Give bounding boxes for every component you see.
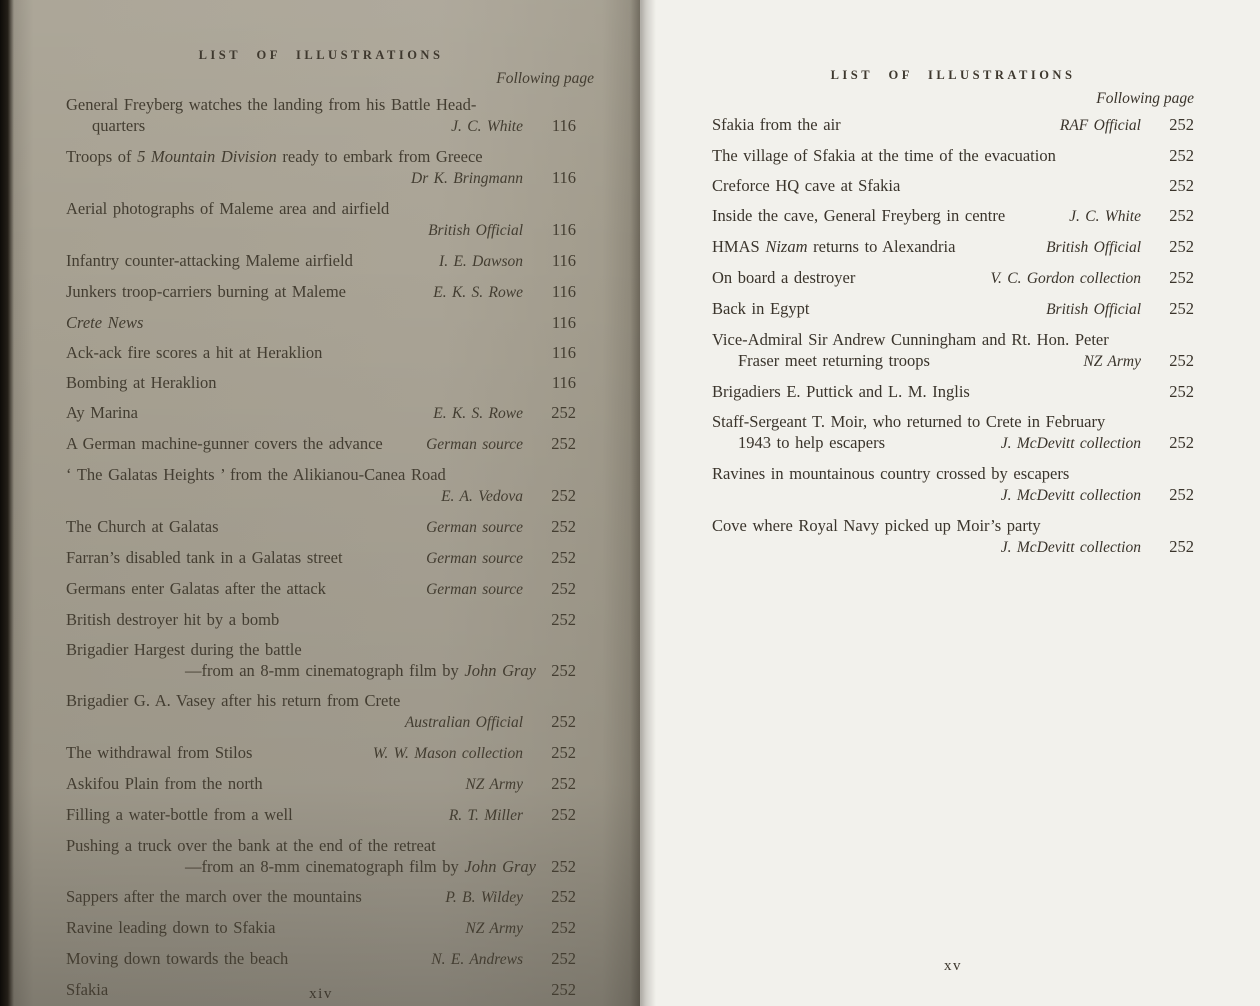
page-number-folio: xiv — [66, 986, 576, 1003]
entry-line: British Official116 — [66, 219, 576, 241]
caption-text: Ay Marina — [66, 402, 138, 423]
following-page-number: 252 — [536, 433, 576, 454]
following-page-number: 252 — [536, 402, 576, 423]
photo-credit: German source — [426, 579, 536, 600]
entry-line: Cove where Royal Navy picked up Moir’s p… — [712, 515, 1194, 536]
caption-text: Troops of 5 Mountain Division ready to e… — [66, 146, 483, 167]
caption-text: Cove where Royal Navy picked up Moir’s p… — [712, 515, 1041, 536]
illustration-entry: Germans enter Galatas after the attackGe… — [66, 578, 576, 600]
entry-line: Troops of 5 Mountain Division ready to e… — [66, 146, 576, 167]
entry-line: Filling a water-bottle from a wellR. T. … — [66, 804, 576, 826]
entry-line: Creforce HQ cave at Sfakia252 — [712, 175, 1194, 196]
caption-text: —from an 8-mm cinematograph film by John… — [185, 856, 536, 877]
caption-text: Fraser meet returning troops — [712, 350, 930, 371]
entry-line: 1943 to help escapersJ. McDevitt collect… — [712, 432, 1194, 454]
following-page-number: 252 — [1154, 114, 1194, 135]
illustration-entry: Inside the cave, General Freyberg in cen… — [712, 205, 1194, 227]
caption-italic-segment: John Gray — [464, 857, 536, 876]
caption-segment: Creforce HQ cave at Sfakia — [712, 176, 900, 195]
photo-credit: P. B. Wildey — [445, 887, 536, 908]
entry-line: J. McDevitt collection252 — [712, 484, 1194, 506]
following-page-number: 252 — [536, 856, 576, 877]
caption-text: —from an 8-mm cinematograph film by John… — [185, 660, 536, 681]
caption-text: On board a destroyer — [712, 267, 855, 288]
illustration-entry: The village of Sfakia at the time of the… — [712, 145, 1194, 166]
photo-credit: W. W. Mason collection — [373, 743, 536, 764]
caption-text: Brigadier Hargest during the battle — [66, 639, 302, 660]
following-page-number: 252 — [536, 886, 576, 907]
caption-text: Ack-ack fire scores a hit at Heraklion — [66, 342, 322, 363]
illustration-entry: Junkers troop-carriers burning at Maleme… — [66, 281, 576, 303]
illustration-entry: A German machine-gunner covers the advan… — [66, 433, 576, 455]
entry-line: —from an 8-mm cinematograph film by John… — [66, 660, 576, 681]
entry-line: Ravines in mountainous country crossed b… — [712, 463, 1194, 484]
illustration-entry: Ack-ack fire scores a hit at Heraklion11… — [66, 342, 576, 363]
entry-line: Junkers troop-carriers burning at Maleme… — [66, 281, 576, 303]
caption-segment: British destroyer hit by a bomb — [66, 610, 279, 629]
caption-segment: Brigadier G. A. Vasey after his return f… — [66, 691, 400, 710]
caption-segment: Troops of — [66, 147, 137, 166]
page-title: LIST OF ILLUSTRATIONS — [712, 68, 1194, 83]
caption-segment: ‘ The Galatas Heights ’ from the Alikian… — [66, 465, 446, 484]
caption-text: Brigadier G. A. Vasey after his return f… — [66, 690, 400, 711]
entry-line: Askifou Plain from the northNZ Army252 — [66, 773, 576, 795]
entry-line: Fraser meet returning troopsNZ Army252 — [712, 350, 1194, 372]
caption-text: Ravines in mountainous country crossed b… — [712, 463, 1069, 484]
caption-segment: The Church at Galatas — [66, 517, 218, 536]
following-page-number: 116 — [536, 312, 576, 333]
entry-line: Sfakia from the airRAF Official252 — [712, 114, 1194, 136]
following-page-number: 252 — [1154, 432, 1194, 453]
caption-text: Pushing a truck over the bank at the end… — [66, 835, 436, 856]
illustration-entry: Brigadier Hargest during the battle—from… — [66, 639, 576, 681]
photo-credit: R. T. Miller — [449, 805, 536, 826]
book-gutter-shadow — [630, 0, 656, 1006]
illustration-entry: British destroyer hit by a bomb252 — [66, 609, 576, 630]
caption-text: Farran’s disabled tank in a Galatas stre… — [66, 547, 343, 568]
following-page-number: 116 — [536, 167, 576, 188]
entry-line: Vice-Admiral Sir Andrew Cunningham and R… — [712, 329, 1194, 350]
entry-line: Crete News116 — [66, 312, 576, 333]
entry-line: ‘ The Galatas Heights ’ from the Alikian… — [66, 464, 576, 485]
caption-italic-segment: Nizam — [765, 237, 807, 256]
illustrations-list-left: General Freyberg watches the landing fro… — [66, 94, 576, 1000]
caption-text: Brigadiers E. Puttick and L. M. Inglis — [712, 381, 970, 402]
entry-line: Moving down towards the beachN. E. Andre… — [66, 948, 576, 970]
following-page-number: 116 — [536, 372, 576, 393]
caption-text: ‘ The Galatas Heights ’ from the Alikian… — [66, 464, 446, 485]
photo-credit: V. C. Gordon collection — [991, 268, 1154, 289]
caption-italic-segment: 5 Mountain Division — [137, 147, 277, 166]
following-page-label: Following page — [66, 70, 594, 88]
entry-line: Pushing a truck over the bank at the end… — [66, 835, 576, 856]
entry-line: Back in EgyptBritish Official252 — [712, 298, 1194, 320]
entry-line: The Church at GalatasGerman source252 — [66, 516, 576, 538]
page-number-folio: xv — [712, 958, 1194, 975]
following-page-number: 252 — [1154, 536, 1194, 557]
following-page-number: 252 — [536, 742, 576, 763]
caption-text: British destroyer hit by a bomb — [66, 609, 279, 630]
illustration-entry: Moving down towards the beachN. E. Andre… — [66, 948, 576, 970]
photo-credit: J. McDevitt collection — [1001, 433, 1154, 454]
book-photo: LIST OF ILLUSTRATIONS Following page Gen… — [0, 0, 1260, 1006]
photo-credit: NZ Army — [465, 774, 536, 795]
illustration-entry: Ravines in mountainous country crossed b… — [712, 463, 1194, 506]
illustration-entry: Infantry counter-attacking Maleme airfie… — [66, 250, 576, 272]
book-right-page: LIST OF ILLUSTRATIONS Following page Sfa… — [640, 0, 1260, 1006]
caption-text: Junkers troop-carriers burning at Maleme — [66, 281, 346, 302]
entry-line: Sappers after the march over the mountai… — [66, 886, 576, 908]
photo-credit: NZ Army — [465, 918, 536, 939]
entry-line: Ay MarinaE. K. S. Rowe252 — [66, 402, 576, 424]
caption-text: Vice-Admiral Sir Andrew Cunningham and R… — [712, 329, 1109, 350]
book-cover-edge — [0, 0, 14, 1006]
entry-line: Infantry counter-attacking Maleme airfie… — [66, 250, 576, 272]
entry-line: quartersJ. C. White116 — [66, 115, 576, 137]
entry-line: Brigadier G. A. Vasey after his return f… — [66, 690, 576, 711]
illustration-entry: Sfakia from the airRAF Official252 — [712, 114, 1194, 136]
caption-segment: Aerial photographs of Maleme area and ai… — [66, 199, 389, 218]
caption-text: The withdrawal from Stilos — [66, 742, 252, 763]
illustration-entry: Pushing a truck over the bank at the end… — [66, 835, 576, 877]
illustration-entry: Bombing at Heraklion116 — [66, 372, 576, 393]
caption-segment: Infantry counter-attacking Maleme airfie… — [66, 251, 353, 270]
entry-line: —from an 8-mm cinematograph film by John… — [66, 856, 576, 877]
caption-italic-segment: John Gray — [464, 661, 536, 680]
caption-segment: Cove where Royal Navy picked up Moir’s p… — [712, 516, 1041, 535]
illustration-entry: HMAS Nizam returns to AlexandriaBritish … — [712, 236, 1194, 258]
illustration-entry: Filling a water-bottle from a wellR. T. … — [66, 804, 576, 826]
caption-text: Askifou Plain from the north — [66, 773, 263, 794]
caption-segment: ready to embark from Greece — [277, 147, 483, 166]
illustration-entry: Back in EgyptBritish Official252 — [712, 298, 1194, 320]
caption-text: A German machine-gunner covers the advan… — [66, 433, 383, 454]
entry-line: HMAS Nizam returns to AlexandriaBritish … — [712, 236, 1194, 258]
entry-line: Aerial photographs of Maleme area and ai… — [66, 198, 576, 219]
following-page-number: 252 — [536, 948, 576, 969]
book-left-page: LIST OF ILLUSTRATIONS Following page Gen… — [8, 0, 640, 1006]
caption-text: Crete News — [66, 312, 143, 333]
following-page-number: 252 — [536, 516, 576, 537]
caption-text: Bombing at Heraklion — [66, 372, 217, 393]
following-page-number: 252 — [536, 917, 576, 938]
following-page-number: 252 — [1154, 298, 1194, 319]
entry-line: Ack-ack fire scores a hit at Heraklion11… — [66, 342, 576, 363]
photo-credit: British Official — [1046, 299, 1154, 320]
following-page-number: 252 — [536, 804, 576, 825]
caption-text: quarters — [66, 115, 145, 136]
photo-credit: British Official — [1046, 237, 1154, 258]
caption-segment: Pushing a truck over the bank at the end… — [66, 836, 436, 855]
entry-line: A German machine-gunner covers the advan… — [66, 433, 576, 455]
caption-text: HMAS Nizam returns to Alexandria — [712, 236, 955, 257]
caption-text: Back in Egypt — [712, 298, 809, 319]
caption-segment: Brigadiers E. Puttick and L. M. Inglis — [712, 382, 970, 401]
caption-text: Aerial photographs of Maleme area and ai… — [66, 198, 389, 219]
caption-segment: quarters — [92, 116, 145, 135]
page-title: LIST OF ILLUSTRATIONS — [66, 48, 576, 63]
illustration-entry: Ay MarinaE. K. S. Rowe252 — [66, 402, 576, 424]
photo-credit: Australian Official — [405, 712, 536, 733]
caption-text: Staff-Sergeant T. Moir, who returned to … — [712, 411, 1105, 432]
right-page-column: LIST OF ILLUSTRATIONS Following page Sfa… — [712, 0, 1194, 567]
caption-segment: Ravine leading down to Sfakia — [66, 918, 275, 937]
caption-segment: Inside the cave, General Freyberg in cen… — [712, 206, 1005, 225]
illustration-entry: Farran’s disabled tank in a Galatas stre… — [66, 547, 576, 569]
caption-text: Sfakia from the air — [712, 114, 841, 135]
caption-segment: —from an 8-mm cinematograph film by — [185, 661, 464, 680]
entry-line: Ravine leading down to SfakiaNZ Army252 — [66, 917, 576, 939]
caption-segment: On board a destroyer — [712, 268, 855, 287]
illustration-entry: On board a destroyerV. C. Gordon collect… — [712, 267, 1194, 289]
following-page-number: 252 — [1154, 236, 1194, 257]
caption-text: Infantry counter-attacking Maleme airfie… — [66, 250, 353, 271]
entry-line: Germans enter Galatas after the attackGe… — [66, 578, 576, 600]
photo-credit: German source — [426, 434, 536, 455]
following-page-number: 116 — [536, 115, 576, 136]
caption-text: Ravine leading down to Sfakia — [66, 917, 275, 938]
caption-segment: Bombing at Heraklion — [66, 373, 217, 392]
caption-segment: Farran’s disabled tank in a Galatas stre… — [66, 548, 343, 567]
photo-credit: NZ Army — [1083, 351, 1154, 372]
photo-credit: I. E. Dawson — [439, 251, 536, 272]
caption-segment: A German machine-gunner covers the advan… — [66, 434, 383, 453]
following-page-number: 252 — [1154, 350, 1194, 371]
entry-line: Brigadier Hargest during the battle — [66, 639, 576, 660]
entry-line: Farran’s disabled tank in a Galatas stre… — [66, 547, 576, 569]
caption-segment: Staff-Sergeant T. Moir, who returned to … — [712, 412, 1105, 431]
caption-segment: The withdrawal from Stilos — [66, 743, 252, 762]
following-page-number: 252 — [536, 485, 576, 506]
caption-segment: Junkers troop-carriers burning at Maleme — [66, 282, 346, 301]
illustration-entry: Staff-Sergeant T. Moir, who returned to … — [712, 411, 1194, 454]
illustration-entry: ‘ The Galatas Heights ’ from the Alikian… — [66, 464, 576, 507]
illustration-entry: The Church at GalatasGerman source252 — [66, 516, 576, 538]
illustration-entry: Aerial photographs of Maleme area and ai… — [66, 198, 576, 241]
caption-segment: Ravines in mountainous country crossed b… — [712, 464, 1069, 483]
following-page-number: 116 — [536, 281, 576, 302]
illustration-entry: Creforce HQ cave at Sfakia252 — [712, 175, 1194, 196]
caption-segment: General Freyberg watches the landing fro… — [66, 95, 476, 114]
caption-segment: —from an 8-mm cinematograph film by — [185, 857, 464, 876]
caption-segment: Back in Egypt — [712, 299, 809, 318]
illustration-entry: Sappers after the march over the mountai… — [66, 886, 576, 908]
caption-text: The Church at Galatas — [66, 516, 218, 537]
caption-text: Filling a water-bottle from a well — [66, 804, 293, 825]
following-page-number: 252 — [536, 711, 576, 732]
photo-credit: German source — [426, 517, 536, 538]
photo-credit: J. McDevitt collection — [1001, 537, 1154, 558]
entry-line: Brigadiers E. Puttick and L. M. Inglis25… — [712, 381, 1194, 402]
photo-credit: J. C. White — [1069, 206, 1154, 227]
caption-text: The village of Sfakia at the time of the… — [712, 145, 1056, 166]
caption-text: 1943 to help escapers — [712, 432, 885, 453]
photo-credit: J. McDevitt collection — [1001, 485, 1154, 506]
following-page-number: 252 — [1154, 267, 1194, 288]
photo-credit: E. K. S. Rowe — [433, 403, 536, 424]
following-page-number: 252 — [536, 547, 576, 568]
illustration-entry: Vice-Admiral Sir Andrew Cunningham and R… — [712, 329, 1194, 372]
caption-segment: Brigadier Hargest during the battle — [66, 640, 302, 659]
photo-credit: British Official — [428, 220, 536, 241]
entry-line: Staff-Sergeant T. Moir, who returned to … — [712, 411, 1194, 432]
following-page-number: 116 — [536, 342, 576, 363]
following-page-number: 252 — [536, 578, 576, 599]
illustration-entry: Brigadiers E. Puttick and L. M. Inglis25… — [712, 381, 1194, 402]
entry-line: Dr K. Bringmann116 — [66, 167, 576, 189]
caption-segment: The village of Sfakia at the time of the… — [712, 146, 1056, 165]
entry-line: E. A. Vedova252 — [66, 485, 576, 507]
caption-segment: Germans enter Galatas after the attack — [66, 579, 326, 598]
caption-segment: returns to Alexandria — [808, 237, 956, 256]
entry-line: British destroyer hit by a bomb252 — [66, 609, 576, 630]
illustration-entry: Ravine leading down to SfakiaNZ Army252 — [66, 917, 576, 939]
following-page-number: 116 — [536, 219, 576, 240]
caption-segment: Filling a water-bottle from a well — [66, 805, 293, 824]
following-page-number: 116 — [536, 250, 576, 271]
entry-line: The withdrawal from StilosW. W. Mason co… — [66, 742, 576, 764]
following-page-number: 252 — [536, 609, 576, 630]
caption-segment: Moving down towards the beach — [66, 949, 288, 968]
photo-credit: N. E. Andrews — [431, 949, 536, 970]
photo-credit: RAF Official — [1060, 115, 1154, 136]
following-page-number: 252 — [536, 660, 576, 681]
caption-segment: Vice-Admiral Sir Andrew Cunningham and R… — [712, 330, 1109, 349]
entry-line: On board a destroyerV. C. Gordon collect… — [712, 267, 1194, 289]
caption-segment: Sfakia from the air — [712, 115, 841, 134]
following-page-number: 252 — [1154, 145, 1194, 166]
caption-segment: Ay Marina — [66, 403, 138, 422]
caption-segment: Ack-ack fire scores a hit at Heraklion — [66, 343, 322, 362]
caption-segment: Sappers after the march over the mountai… — [66, 887, 362, 906]
caption-text: Germans enter Galatas after the attack — [66, 578, 326, 599]
entry-line: Bombing at Heraklion116 — [66, 372, 576, 393]
illustration-entry: The withdrawal from StilosW. W. Mason co… — [66, 742, 576, 764]
left-page-column: LIST OF ILLUSTRATIONS Following page Gen… — [66, 0, 576, 1006]
caption-italic-segment: Crete News — [66, 313, 143, 332]
entry-line: J. McDevitt collection252 — [712, 536, 1194, 558]
illustration-entry: Cove where Royal Navy picked up Moir’s p… — [712, 515, 1194, 558]
caption-segment: Askifou Plain from the north — [66, 774, 263, 793]
illustration-entry: Crete News116 — [66, 312, 576, 333]
caption-text: General Freyberg watches the landing fro… — [66, 94, 476, 115]
caption-segment: HMAS — [712, 237, 765, 256]
entry-line: Australian Official252 — [66, 711, 576, 733]
caption-text: Sappers after the march over the mountai… — [66, 886, 362, 907]
caption-segment: Fraser meet returning troops — [738, 351, 930, 370]
illustration-entry: Askifou Plain from the northNZ Army252 — [66, 773, 576, 795]
following-page-number: 252 — [1154, 381, 1194, 402]
entry-line: General Freyberg watches the landing fro… — [66, 94, 576, 115]
illustrations-list-right: Sfakia from the airRAF Official252The vi… — [712, 114, 1194, 558]
following-page-number: 252 — [1154, 175, 1194, 196]
caption-segment: 1943 to help escapers — [738, 433, 885, 452]
following-page-number: 252 — [1154, 484, 1194, 505]
illustration-entry: Brigadier G. A. Vasey after his return f… — [66, 690, 576, 733]
entry-line: Inside the cave, General Freyberg in cen… — [712, 205, 1194, 227]
illustration-entry: Troops of 5 Mountain Division ready to e… — [66, 146, 576, 189]
following-page-label: Following page — [712, 90, 1194, 108]
photo-credit: Dr K. Bringmann — [411, 168, 536, 189]
following-page-number: 252 — [536, 773, 576, 794]
photo-credit: E. K. S. Rowe — [433, 282, 536, 303]
following-page-number: 252 — [1154, 205, 1194, 226]
photo-credit: E. A. Vedova — [441, 486, 536, 507]
entry-line: The village of Sfakia at the time of the… — [712, 145, 1194, 166]
photo-credit: J. C. White — [451, 116, 536, 137]
illustration-entry: General Freyberg watches the landing fro… — [66, 94, 576, 137]
caption-text: Moving down towards the beach — [66, 948, 288, 969]
caption-text: Inside the cave, General Freyberg in cen… — [712, 205, 1005, 226]
photo-credit: German source — [426, 548, 536, 569]
caption-text: Creforce HQ cave at Sfakia — [712, 175, 900, 196]
